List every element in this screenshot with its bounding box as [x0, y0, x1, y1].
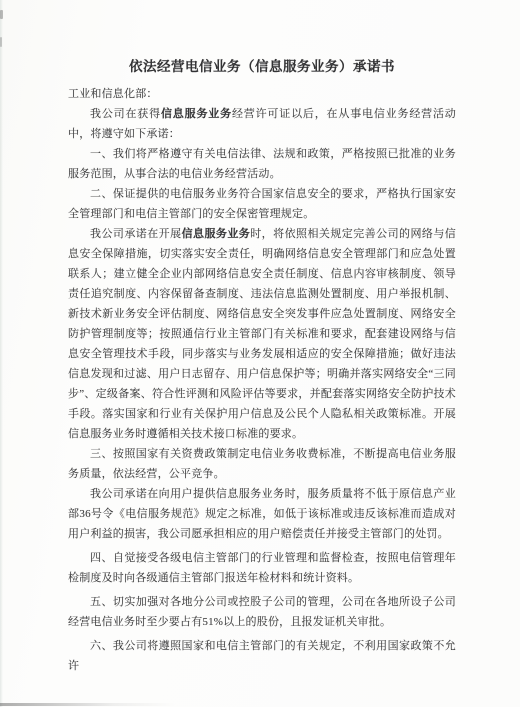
text-segment: 我公司承诺在向用户提供信息服务业务时，服务质量将不低于原信息产业部36号令《电信…	[68, 488, 456, 540]
text-segment: 四、自觉接受各级电信主管部门的行业管理和监督检查，按照电信管理年检制度及时向各级…	[68, 552, 456, 584]
text-segment: 时，将依照相关规定完善公司的网络与信息安全保障措施，切实落实安全责任，明确网络信…	[68, 228, 456, 440]
text-segment: 我公司在获得	[90, 108, 161, 120]
paragraph: 我公司承诺在开展信息服务业务时，将依照相关规定完善公司的网络与信息安全保障措施，…	[68, 224, 456, 444]
text-segment: 二、保证提供的电信服务业务符合国家信息安全的要求，严格执行国家安全管理部门和电信…	[68, 188, 456, 220]
paragraph: 四、自觉接受各级电信主管部门的行业管理和监督检查，按照电信管理年检制度及时向各级…	[68, 548, 456, 588]
scan-edge-artifact-left	[0, 0, 3, 707]
salutation-line: 工业和信息化部：	[68, 84, 456, 104]
document-title: 依法经营电信业务（信息服务业务）承诺书	[68, 57, 456, 77]
scanned-document-page: 依法经营电信业务（信息服务业务）承诺书 工业和信息化部： 我公司在获得信息服务业…	[0, 0, 520, 707]
paragraph: 我公司承诺在向用户提供信息服务业务时，服务质量将不低于原信息产业部36号令《电信…	[68, 484, 456, 544]
paragraph: 一、我们将严格遵守有关电信法律、法规和政策，严格按照已批准的业务服务范围，从事合…	[68, 144, 456, 184]
text-segment: 六、我公司将遵照国家和电信主管部门的有关规定，不利用国家政策不允许	[68, 640, 456, 672]
emphasized-text: 信息服务业务	[161, 108, 232, 120]
text-segment: 我公司承诺在开展	[90, 228, 182, 240]
scan-speck	[0, 10, 3, 19]
emphasized-text: 信息服务业务	[182, 228, 251, 240]
text-segment: 三、按照国家有关资费政策制定电信业务收费标准，不断提高电信业务服务质量，依法经营…	[68, 448, 456, 480]
scan-edge-artifact-bottom	[0, 703, 175, 706]
document-content: 依法经营电信业务（信息服务业务）承诺书 工业和信息化部： 我公司在获得信息服务业…	[68, 57, 456, 676]
paragraph: 我公司在获得信息服务业务经营许可证以后，在从事电信业务经营活动中，将遵守如下承诺…	[68, 104, 456, 144]
scan-speck	[0, 37, 2, 47]
paragraph: 三、按照国家有关资费政策制定电信业务收费标准，不断提高电信业务服务质量，依法经营…	[68, 444, 456, 484]
paragraph: 二、保证提供的电信服务业务符合国家信息安全的要求，严格执行国家安全管理部门和电信…	[68, 184, 456, 224]
paragraph: 六、我公司将遵照国家和电信主管部门的有关规定，不利用国家政策不允许	[68, 636, 456, 676]
text-segment: 五、切实加强对各地分公司或控股子公司的管理，公司在各地所设子公司经营电信业务时至…	[68, 596, 456, 628]
paragraph: 五、切实加强对各地分公司或控股子公司的管理，公司在各地所设子公司经营电信业务时至…	[68, 592, 456, 632]
text-segment: 一、我们将严格遵守有关电信法律、法规和政策，严格按照已批准的业务服务范围，从事合…	[68, 148, 456, 180]
document-body: 我公司在获得信息服务业务经营许可证以后，在从事电信业务经营活动中，将遵守如下承诺…	[68, 104, 456, 676]
